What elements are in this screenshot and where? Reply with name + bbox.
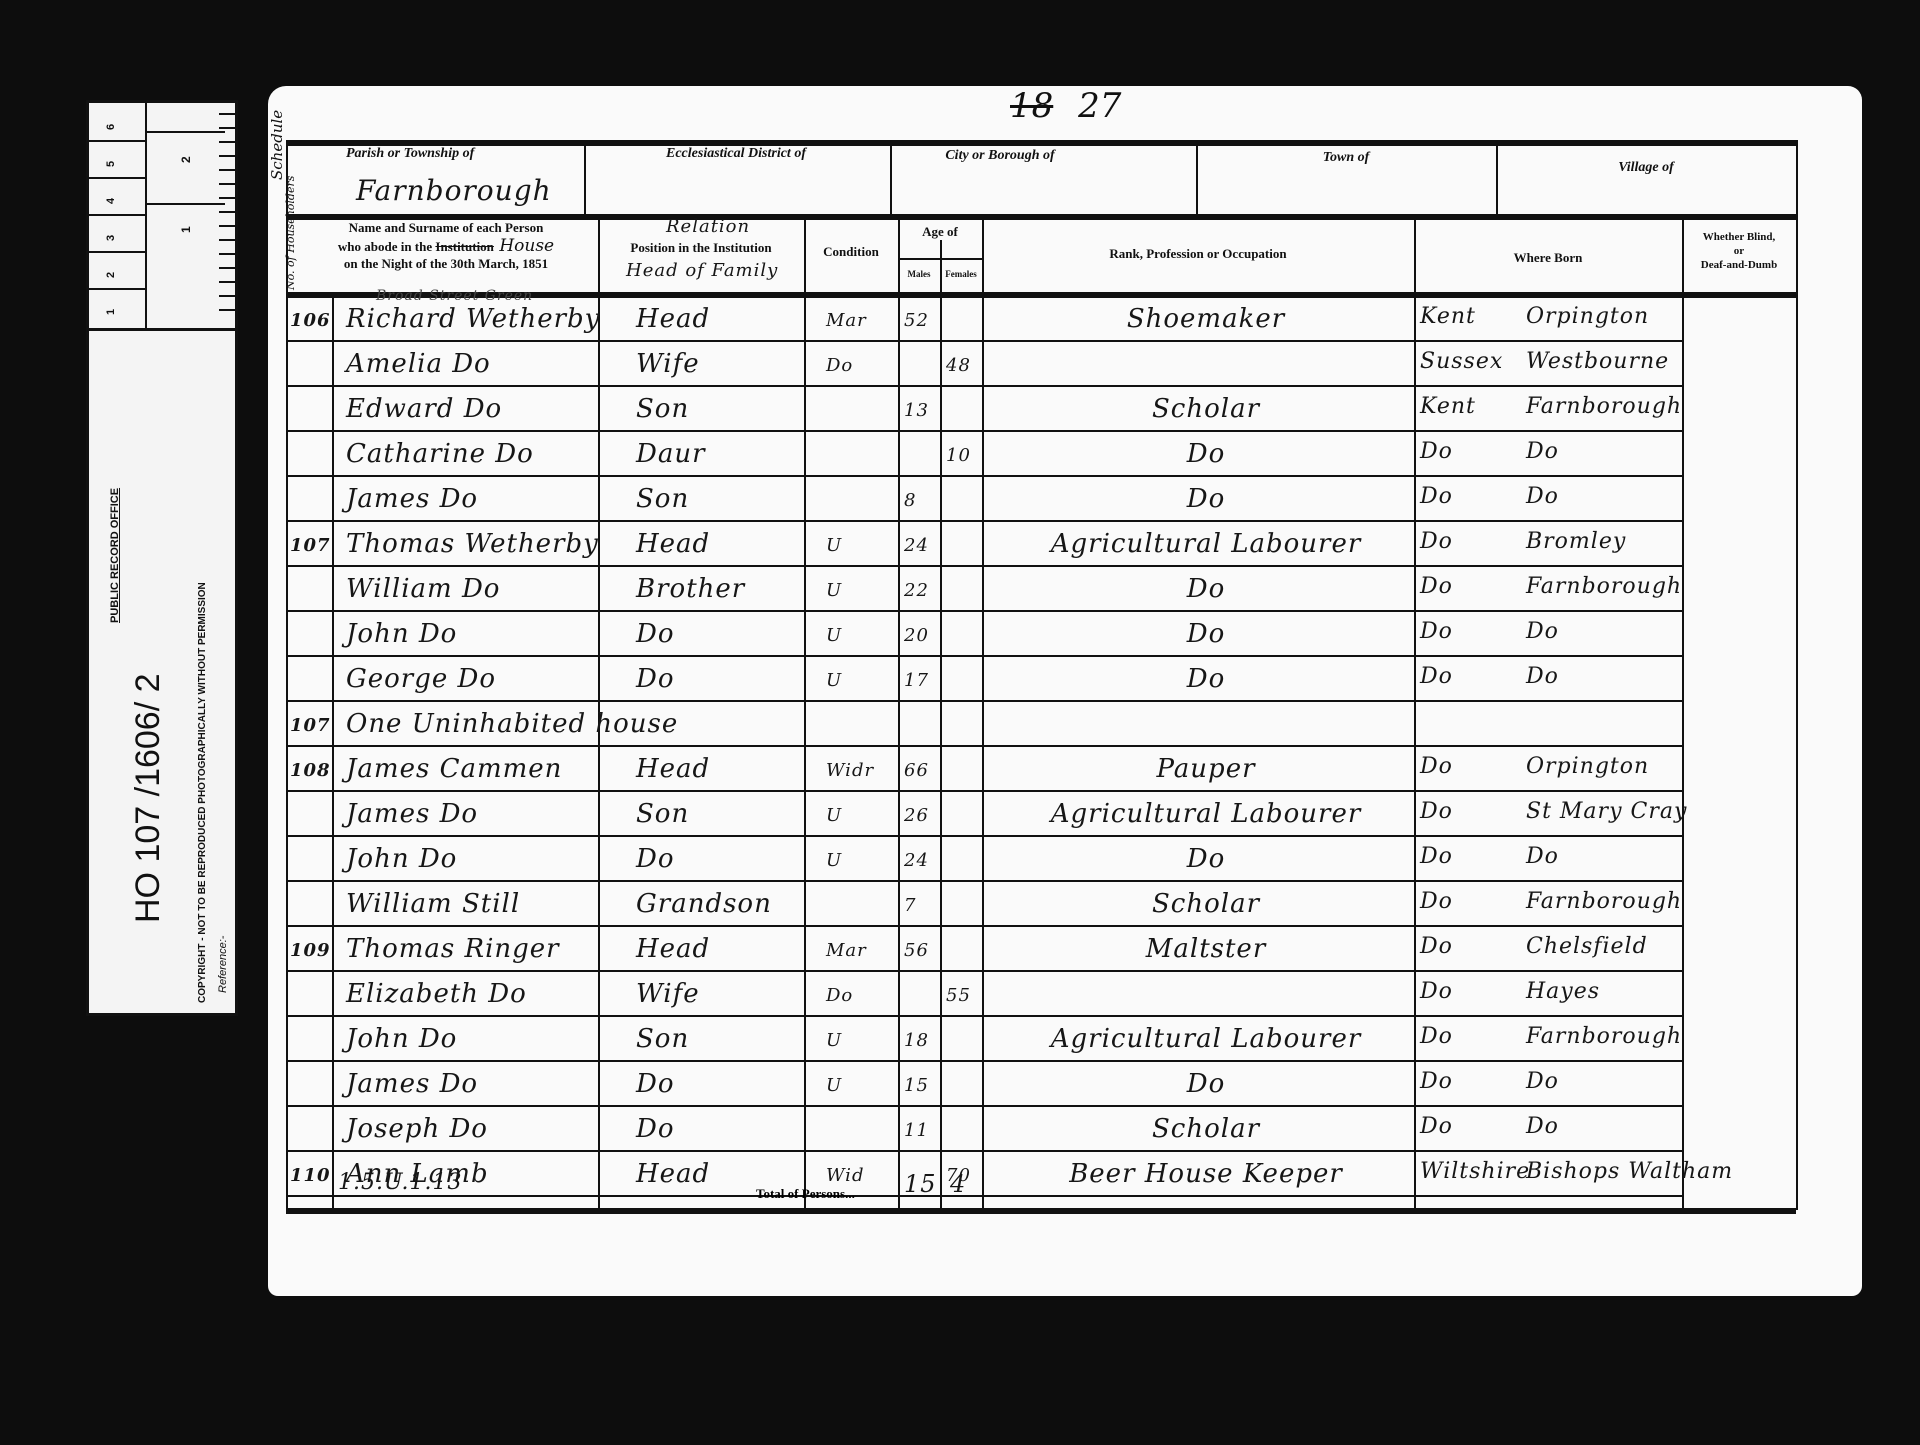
birth-county: Do <box>1420 664 1453 689</box>
occupation: Agricultural Labourer <box>1006 529 1406 559</box>
table-row: John Do Do U 24 Do Do Do <box>286 838 1796 882</box>
birth-place: Do <box>1526 844 1559 869</box>
birth-place: Bishops Waltham <box>1526 1159 1733 1184</box>
office-label: PUBLIC RECORD OFFICE <box>109 488 121 623</box>
female-age: 55 <box>946 985 971 1006</box>
relation: Do <box>636 844 675 874</box>
condition: Widr <box>826 760 874 781</box>
occupation: Beer House Keeper <box>1006 1159 1406 1189</box>
occupation: Do <box>1006 1069 1406 1099</box>
ruler-in-2: 2 <box>179 156 193 163</box>
birth-county: Do <box>1420 1024 1453 1049</box>
page-number: 18 27 <box>1010 86 1121 126</box>
male-age: 26 <box>904 805 929 826</box>
male-age: 52 <box>904 310 929 331</box>
male-age: 18 <box>904 1030 929 1051</box>
birth-place: Westbourne <box>1526 349 1669 374</box>
table-row: James Do Son 8 Do Do Do <box>286 478 1796 522</box>
occupation: Pauper <box>1006 754 1406 784</box>
birth-county: Do <box>1420 619 1453 644</box>
ruler-cm-6: 6 <box>105 124 117 130</box>
occupation: Agricultural Labourer <box>1006 799 1406 829</box>
condition: Mar <box>826 310 867 331</box>
relation: Grandson <box>636 889 772 919</box>
occupation: Do <box>1006 439 1406 469</box>
relation: Brother <box>636 574 745 604</box>
male-age: 17 <box>904 670 929 691</box>
copyright-notice: COPYRIGHT - NOT TO BE REPRODUCED PHOTOGR… <box>197 582 208 1003</box>
person-name: James Do <box>346 799 478 829</box>
schedule-number: 107 <box>290 715 331 736</box>
table-row: 107 One Uninhabited house <box>286 703 1796 747</box>
table-row: Catharine Do Daur 10 Do Do Do <box>286 433 1796 477</box>
schedule-number: 109 <box>290 940 331 961</box>
condition: U <box>826 805 842 826</box>
table-row: George Do Do U 17 Do Do Do <box>286 658 1796 702</box>
total-males: 15 <box>904 1170 937 1198</box>
birth-county: Do <box>1420 574 1453 599</box>
column-males-header: Males <box>898 266 940 282</box>
birth-county: Do <box>1420 439 1453 464</box>
birth-place: Chelsfield <box>1526 934 1648 959</box>
birth-place: Do <box>1526 439 1559 464</box>
summary-tally: 1.5.U.1.13 <box>338 1170 462 1195</box>
birth-county: Sussex <box>1420 349 1503 374</box>
condition: Wid <box>826 1165 864 1186</box>
condition: Do <box>826 985 853 1006</box>
person-name: James Cammen <box>346 754 562 784</box>
village-label: Village of <box>1496 160 1796 176</box>
birth-place: Do <box>1526 619 1559 644</box>
ruler-in-1: 1 <box>179 226 193 233</box>
person-name: George Do <box>346 664 496 694</box>
relation: Son <box>636 484 689 514</box>
column-occupation-header: Rank, Profession or Occupation <box>982 246 1414 262</box>
table-row: Amelia Do Wife Do 48 Sussex Westbourne <box>286 343 1796 387</box>
male-age: 13 <box>904 400 929 421</box>
relation: Daur <box>636 439 706 469</box>
person-name: John Do <box>346 619 457 649</box>
occupation: Shoemaker <box>1006 304 1406 334</box>
person-name: John Do <box>346 1024 457 1054</box>
birth-county: Do <box>1420 934 1453 959</box>
relation: Head <box>636 529 710 559</box>
male-age: 24 <box>904 535 929 556</box>
relation: Do <box>636 664 675 694</box>
birth-county: Do <box>1420 529 1453 554</box>
relation: Wife <box>636 979 700 1009</box>
birth-place: Farnborough <box>1526 574 1682 599</box>
person-name: Richard Wetherby <box>346 304 600 334</box>
birth-county: Do <box>1420 1114 1453 1139</box>
column-age-header: Age of <box>898 224 982 240</box>
table-row: 108 James Cammen Head Widr 66 Pauper Do … <box>286 748 1796 792</box>
relation: Head <box>636 934 710 964</box>
ecclesiastical-label: Ecclesiastical District of <box>586 146 886 162</box>
birth-place: Hayes <box>1526 979 1600 1004</box>
person-name: James Do <box>346 1069 478 1099</box>
reference-label: Reference:- <box>217 936 229 993</box>
occupation: Agricultural Labourer <box>1006 1024 1406 1054</box>
occupation: Do <box>1006 574 1406 604</box>
birth-place: Bromley <box>1526 529 1626 554</box>
birth-place: Orpington <box>1526 754 1649 779</box>
column-females-header: Females <box>940 266 982 282</box>
table-row: Joseph Do Do 11 Scholar Do Do <box>286 1108 1796 1152</box>
schedule-number: 107 <box>290 535 331 556</box>
occupation: Do <box>1006 664 1406 694</box>
birth-county: Kent <box>1420 304 1476 329</box>
male-age: 7 <box>904 895 916 916</box>
schedule-number: 106 <box>290 310 331 331</box>
relation-handwritten: Relation <box>666 216 750 237</box>
birth-county: Do <box>1420 979 1453 1004</box>
female-age: 10 <box>946 445 971 466</box>
schedule-number: 108 <box>290 760 331 781</box>
birth-place: Do <box>1526 484 1559 509</box>
condition: U <box>826 670 842 691</box>
occupation: Do <box>1006 844 1406 874</box>
table-row: 109 Thomas Ringer Head Mar 56 Maltster D… <box>286 928 1796 972</box>
birth-place: Farnborough <box>1526 1024 1682 1049</box>
relation: Head <box>636 1159 710 1189</box>
person-name: Thomas Ringer <box>346 934 560 964</box>
relation: Do <box>636 1114 675 1144</box>
birth-county: Do <box>1420 1069 1453 1094</box>
person-name: William Do <box>346 574 500 604</box>
table-row: Edward Do Son 13 Scholar Kent Farnboroug… <box>286 388 1796 432</box>
relation-head-of-family: Head of Family <box>626 260 778 281</box>
male-age: 20 <box>904 625 929 646</box>
person-name: Elizabeth Do <box>346 979 527 1009</box>
reference-card: 1 2 3 4 5 6 1 2 PUBLIC RECORD OFFICE HO … <box>86 100 238 1016</box>
total-label: Total of Persons... <box>756 1186 855 1202</box>
relation: Do <box>636 619 675 649</box>
birth-place: Farnborough <box>1526 889 1682 914</box>
birth-county: Do <box>1420 844 1453 869</box>
condition: U <box>826 850 842 871</box>
parish-label: Parish or Township of <box>346 146 546 162</box>
table-row: James Do Do U 15 Do Do Do <box>286 1063 1796 1107</box>
birth-county: Wiltshire <box>1420 1159 1530 1184</box>
condition: Mar <box>826 940 867 961</box>
condition: U <box>826 1075 842 1096</box>
relation: Head <box>636 754 710 784</box>
schedule-number: 110 <box>290 1165 331 1186</box>
table-row: 107 Thomas Wetherby Head U 24 Agricultur… <box>286 523 1796 567</box>
column-where-born-header: Where Born <box>1414 250 1682 266</box>
total-females: 4 <box>950 1170 966 1198</box>
condition: Do <box>826 355 853 376</box>
male-age: 15 <box>904 1075 929 1096</box>
relation: Son <box>636 394 689 424</box>
table-row: 110 Ann Lamb Head Wid 70 Beer House Keep… <box>286 1153 1796 1197</box>
ruler-cm-3: 3 <box>105 235 117 241</box>
table-row: Elizabeth Do Wife Do 55 Do Hayes <box>286 973 1796 1017</box>
relation: Son <box>636 1024 689 1054</box>
male-age: 24 <box>904 850 929 871</box>
town-label: Town of <box>1196 150 1496 166</box>
census-table: Parish or Township of Farnborough Eccles… <box>286 140 1806 1270</box>
column-blind-header: Whether Blind, or Deaf-and-Dumb <box>1682 230 1796 272</box>
occupation: Do <box>1006 619 1406 649</box>
male-age: 11 <box>904 1120 929 1141</box>
male-age: 56 <box>904 940 929 961</box>
birth-county: Do <box>1420 754 1453 779</box>
birth-county: Do <box>1420 799 1453 824</box>
occupation: Scholar <box>1006 394 1406 424</box>
ruler-cm-2: 2 <box>105 272 117 278</box>
city-label: City or Borough of <box>890 148 1110 164</box>
birth-place: Do <box>1526 1114 1559 1139</box>
table-row: John Do Son U 18 Agricultural Labourer D… <box>286 1018 1796 1062</box>
column-condition-header: Condition <box>804 244 898 260</box>
table-row: John Do Do U 20 Do Do Do <box>286 613 1796 657</box>
birth-place: Farnborough <box>1526 394 1682 419</box>
table-row: William Do Brother U 22 Do Do Farnboroug… <box>286 568 1796 612</box>
relation: Wife <box>636 349 700 379</box>
birth-place: Do <box>1526 1069 1559 1094</box>
person-name: William Still <box>346 889 520 919</box>
condition: U <box>826 1030 842 1051</box>
person-name: One Uninhabited house <box>346 709 678 739</box>
male-age: 22 <box>904 580 929 601</box>
person-name: Catharine Do <box>346 439 534 469</box>
condition: U <box>826 535 842 556</box>
birth-county: Do <box>1420 889 1453 914</box>
birth-place: Do <box>1526 664 1559 689</box>
birth-county: Kent <box>1420 394 1476 419</box>
birth-place: Orpington <box>1526 304 1649 329</box>
condition: U <box>826 625 842 646</box>
ruler-cm-5: 5 <box>105 161 117 167</box>
condition: U <box>826 580 842 601</box>
person-name: James Do <box>346 484 478 514</box>
person-name: Thomas Wetherby <box>346 529 599 559</box>
person-name: John Do <box>346 844 457 874</box>
birth-place: St Mary Cray <box>1526 799 1687 824</box>
ruler-cm-1: 1 <box>105 309 117 315</box>
male-age: 66 <box>904 760 929 781</box>
table-row: William Still Grandson 7 Scholar Do Farn… <box>286 883 1796 927</box>
occupation: Do <box>1006 484 1406 514</box>
measurement-ruler: 1 2 3 4 5 6 1 2 <box>89 103 235 331</box>
occupation: Scholar <box>1006 889 1406 919</box>
female-age: 48 <box>946 355 971 376</box>
male-age: 8 <box>904 490 916 511</box>
column-name-header: Name and Surname of each Person who abod… <box>294 220 598 272</box>
parish-value: Farnborough <box>356 174 552 207</box>
table-row: 106 Richard Wetherby Head Mar 52 Shoemak… <box>286 298 1796 342</box>
relation: Head <box>636 304 710 334</box>
ruler-cm-4: 4 <box>105 198 117 204</box>
person-name: Amelia Do <box>346 349 491 379</box>
schedule-margin-note: Schedule <box>268 110 286 180</box>
relation: Son <box>636 799 689 829</box>
relation: Do <box>636 1069 675 1099</box>
birth-county: Do <box>1420 484 1453 509</box>
occupation: Maltster <box>1006 934 1406 964</box>
person-name: Joseph Do <box>346 1114 488 1144</box>
occupation: Scholar <box>1006 1114 1406 1144</box>
table-row: James Do Son U 26 Agricultural Labourer … <box>286 793 1796 837</box>
reference-number: HO 107 /1606/ 2 <box>129 673 168 923</box>
column-relation-header: Position in the Institution <box>598 240 804 256</box>
person-name: Edward Do <box>346 394 502 424</box>
